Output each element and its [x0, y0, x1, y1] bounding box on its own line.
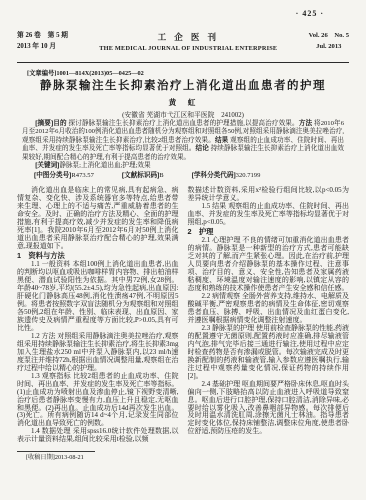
- abstract-objective-label: 目的: [53, 120, 67, 127]
- journal-title-cn: 工 企 医 刊: [68, 31, 309, 43]
- keywords-text: 静脉泵;上消化道出血;护理;效果: [59, 162, 150, 169]
- document-code: [文献标识码]B: [122, 172, 164, 180]
- paragraph-2-2: 2.2 病情观察 全肠外营养支持,维持水、电解质及酸碱平衡,严密观察患者的病情及…: [188, 293, 350, 325]
- intro-paragraph: 消化道出血是临床上的常见病,具有起病急、病情复杂、变化快、涉及系统器官多等特点,…: [17, 187, 179, 251]
- paragraph-1-1: 1.1 一般资料 本组100例上消化道出血患者,出血的判断均以呕血或吸出咖啡样胃…: [17, 261, 179, 333]
- clc-value: R473.57: [71, 172, 94, 179]
- paragraph-1-2: 1.2 方法 对照组采用静脉滴注奥美拉唑治疗,观察组采用持续静脉泵输注生长抑素治…: [17, 333, 179, 373]
- section-heading-1: 1 资料与方法: [17, 252, 179, 260]
- paragraph-1-4: 1.4 数据处理 采用spss16.0统计软件处理数据,以表示计量资料结果,组间…: [17, 428, 179, 444]
- footnote: [收稿日期]2013-08-21: [17, 451, 179, 461]
- paragraph-1-5: 1.5 结果 观察组的止血成功率、住院时间、再出血率、并发症的发生率及死亡率等指…: [188, 203, 350, 227]
- received-date: [收稿日期]2013-08-21: [17, 454, 179, 461]
- page-number: · 425 ·: [296, 9, 324, 18]
- clc-code: [中图分类号]R473.57: [34, 172, 94, 180]
- journal-page: · 425 · 第 26 卷 第 5 期 2013 年 10 月 工 企 医 刊…: [0, 0, 366, 500]
- volume-issue-cn: 第 26 卷 第 5 期: [17, 31, 68, 42]
- author-affiliation: (安徽省 芜湖市弋江区和平医院 241002): [0, 109, 366, 119]
- classification-codes: [中图分类号]R473.57 [文献标识码]B [学科分类代码]320.7199: [22, 172, 344, 180]
- masthead-volume-cn: 第 26 卷 第 5 期 2013 年 10 月: [17, 31, 68, 52]
- masthead: 第 26 卷 第 5 期 2013 年 10 月 工 企 医 刊 THE MED…: [17, 31, 349, 52]
- keywords-line: [关键词]静脉泵;上消化道出血;护理;效果: [22, 162, 344, 170]
- article-title: 静脉泵输注生长抑素治疗上消化道出血患者的护理: [0, 77, 366, 93]
- author-name: 黄 虹: [0, 97, 366, 108]
- abstract-paragraph: [摘要]目的 探讨静脉泵输注生长抑素治疗上消化道出血患者的护理措施,以提高治疗效…: [22, 120, 344, 162]
- section-heading-2: 2 护理: [188, 228, 350, 236]
- subject-code-value: 320.7199: [236, 172, 261, 179]
- keywords-label: [关键词]: [35, 162, 59, 169]
- volume-issue-en: Vol. 26 No. 5: [309, 31, 349, 41]
- masthead-journal: 工 企 医 刊 THE MEDICAL JOURNAL OF INDUSTRIA…: [68, 31, 309, 52]
- masthead-divider: [17, 62, 349, 63]
- doc-code-value: B: [159, 172, 163, 179]
- right-column: 数描述计数资料,采用x²检验行组间比较,以p<0.05为差异统计学意义。 1.5…: [188, 187, 350, 500]
- paragraph-1-3: 1.3 观察指标 比较2组患者的止血成功率、住院时间、再出血率、并发症的发生率及…: [17, 373, 179, 429]
- date-cn: 2013 年 10 月: [17, 42, 68, 53]
- masthead-volume-en: Vol. 26 No. 5 Jul. 2013: [309, 31, 349, 51]
- abstract-conclusion-label: 结论: [196, 145, 209, 152]
- paragraph-1-4-continued: 数描述计数资料,采用x²检验行组间比较,以p<0.05为差异统计学意义。: [188, 187, 350, 203]
- doc-code-label: [文献标识码]: [122, 172, 159, 179]
- body-columns: 消化道出血是临床上的常见病,具有起病急、病情复杂、变化快、涉及系统器官多等特点,…: [17, 187, 349, 500]
- paragraph-2-4: 2.4 基础护理 呕血期间要严格卧床休息,呕血时头偏向一侧,下肢略抬高以防止血液…: [188, 381, 350, 437]
- footnote-divider: [17, 451, 95, 452]
- journal-title-en: THE MEDICAL JOURNAL OF INDUSTRIAL ENTERP…: [68, 45, 309, 52]
- subject-code: [学科分类代码]320.7199: [192, 172, 261, 180]
- abstract-methods-label: 方法: [299, 120, 312, 127]
- left-column: 消化道出血是临床上的常见病,具有起病急、病情复杂、变化快、涉及系统器官多等特点,…: [17, 187, 179, 500]
- article-number: [文章编号]1001—814X(2013)05—0425—02: [27, 68, 144, 77]
- subject-code-label: [学科分类代码]: [192, 172, 236, 179]
- date-en: Jul. 2013: [309, 42, 349, 52]
- abstract-label: [摘要]: [35, 120, 53, 127]
- paragraph-2-3: 2.3 静脉泵的护理 使用前检查静脉泵的性能,药液的配置遵守无菌原则,配置药液时…: [188, 325, 350, 381]
- clc-label: [中图分类号]: [34, 172, 71, 179]
- abstract-objective-text: 探讨静脉泵输注生长抑素治疗上消化道出血患者的护理措施,以提高治疗效果。: [67, 120, 299, 127]
- abstract-results-label: 结果: [215, 137, 228, 144]
- abstract-block: [摘要]目的 探讨静脉泵输注生长抑素治疗上消化道出血患者的护理措施,以提高治疗效…: [22, 120, 344, 180]
- paragraph-2-1: 2.1 心理护理 不良的情绪可加重消化道出血患者的病情。静脉泵是一种新型的治疗方…: [188, 237, 350, 293]
